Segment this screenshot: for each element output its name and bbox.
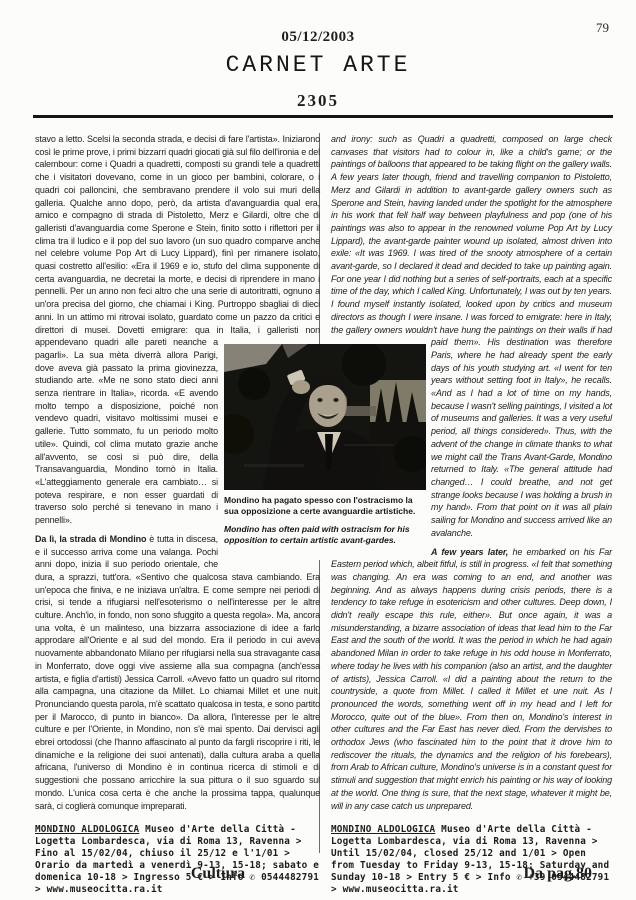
footer-from-page: Da pag.80	[524, 865, 592, 883]
article-photo	[224, 344, 426, 490]
issue-number: 2305	[0, 91, 636, 111]
header-rule	[33, 115, 613, 118]
article-paragraph: Da lì, la strada di Mondino è tutta in d…	[35, 533, 320, 812]
page-title: CARNET ARTE	[0, 52, 636, 78]
museum-name: MONDINO ALDOLOGICA	[35, 824, 139, 835]
article-photo-block: Mondino ha pagato spesso con l'ostracism…	[224, 344, 426, 560]
paragraph-lead: Da lì, la strada di Mondino	[35, 534, 146, 544]
footer-section-label: Cultura	[168, 865, 268, 883]
museum-info-italian: MONDINO ALDOLOGICA Museo d'Arte della Ci…	[35, 824, 320, 896]
scanned-press-page: 79 05/12/2003 CARNET ARTE 2305 stavo a l…	[0, 0, 636, 900]
paragraph-lead: A few years later,	[431, 547, 508, 557]
issue-date: 05/12/2003	[0, 29, 636, 46]
photo-caption-english: Mondino has often paid with ostracism fo…	[224, 524, 426, 545]
article-paragraph: A few years later, he embarked on his Fa…	[331, 546, 612, 813]
photo-caption-italian: Mondino ha pagato spesso con l'ostracism…	[224, 495, 426, 516]
museum-info-english: MONDINO ALDOLOGICA Museo d'Arte della Ci…	[331, 824, 612, 896]
museum-name: MONDINO ALDOLOGICA	[331, 824, 435, 835]
